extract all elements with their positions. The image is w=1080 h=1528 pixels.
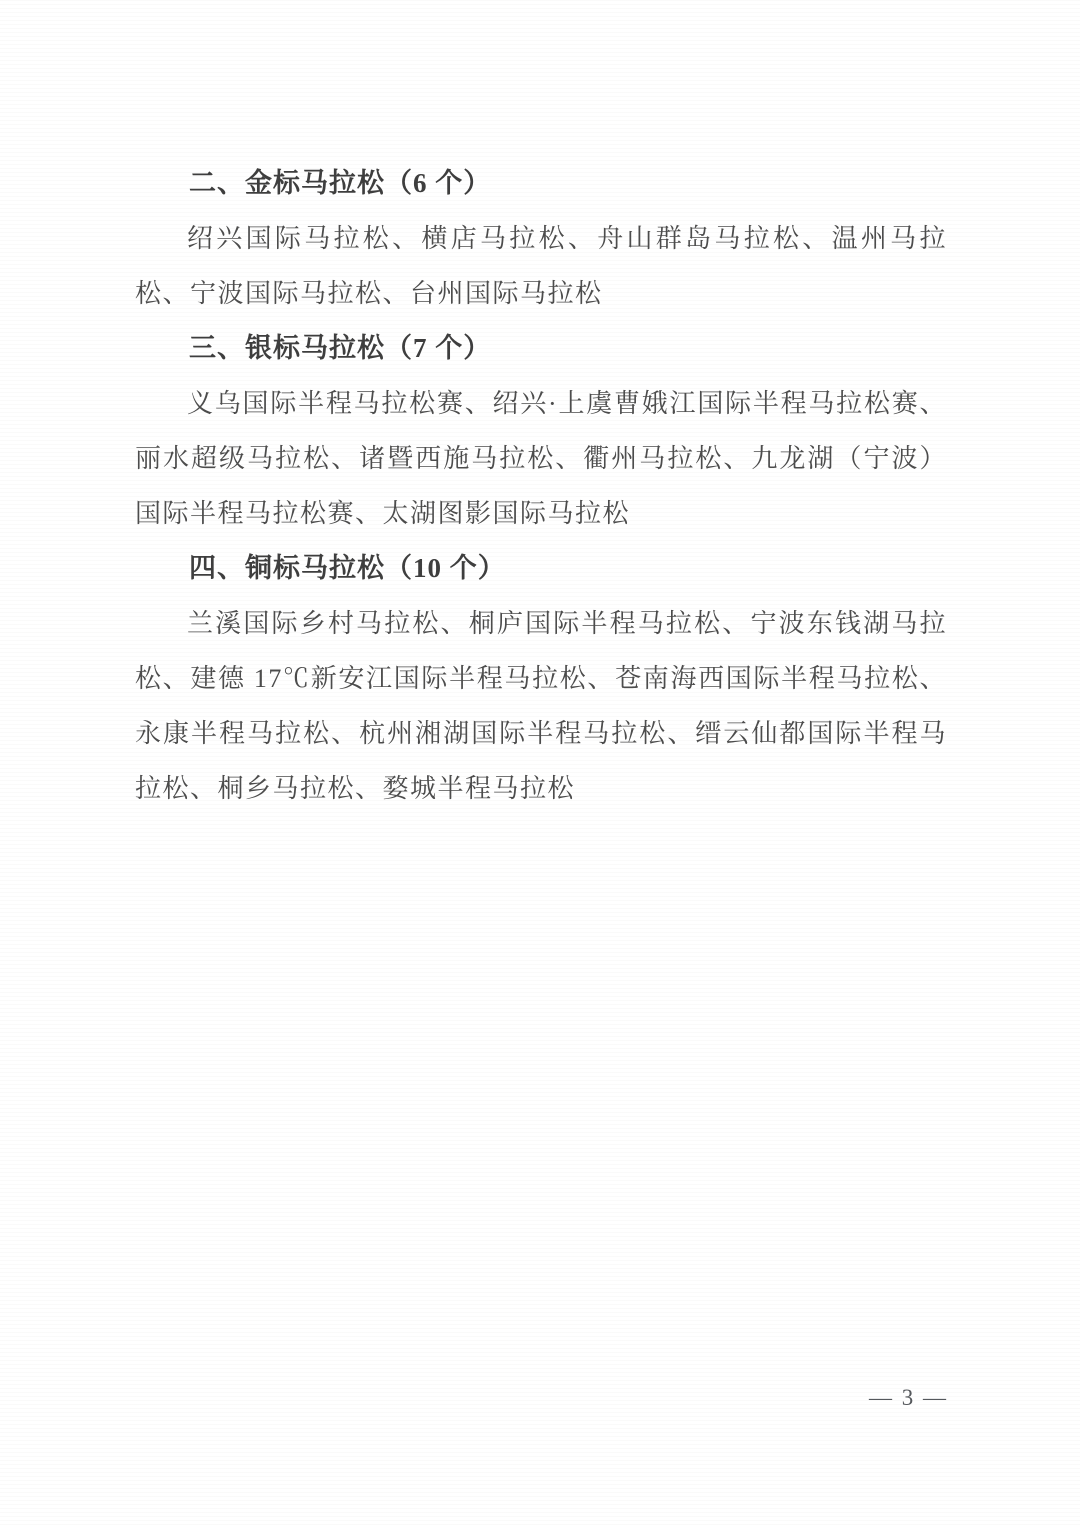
section-heading-silver: 三、银标马拉松（7 个） [135,321,947,376]
section-heading-gold: 二、金标马拉松（6 个） [135,156,947,211]
section-heading-bronze: 四、铜标马拉松（10 个） [135,541,947,596]
section-paragraph-silver: 义乌国际半程马拉松赛、绍兴·上虞曹娥江国际半程马拉松赛、丽水超级马拉松、诸暨西施… [135,376,947,541]
section-paragraph-bronze: 兰溪国际乡村马拉松、桐庐国际半程马拉松、宁波东钱湖马拉松、建德 17℃新安江国际… [135,596,947,816]
section-gold-label: 二、金标马拉松（6 个） 绍兴国际马拉松、横店马拉松、舟山群岛马拉松、温州马拉松… [135,156,947,321]
page-number: — 3 — [869,1385,948,1411]
document-content: 二、金标马拉松（6 个） 绍兴国际马拉松、横店马拉松、舟山群岛马拉松、温州马拉松… [135,156,947,816]
section-silver-label: 三、银标马拉松（7 个） 义乌国际半程马拉松赛、绍兴·上虞曹娥江国际半程马拉松赛… [135,321,947,541]
section-paragraph-gold: 绍兴国际马拉松、横店马拉松、舟山群岛马拉松、温州马拉松、宁波国际马拉松、台州国际… [135,211,947,321]
document-page: 二、金标马拉松（6 个） 绍兴国际马拉松、横店马拉松、舟山群岛马拉松、温州马拉松… [0,0,1080,1528]
section-bronze-label: 四、铜标马拉松（10 个） 兰溪国际乡村马拉松、桐庐国际半程马拉松、宁波东钱湖马… [135,541,947,816]
